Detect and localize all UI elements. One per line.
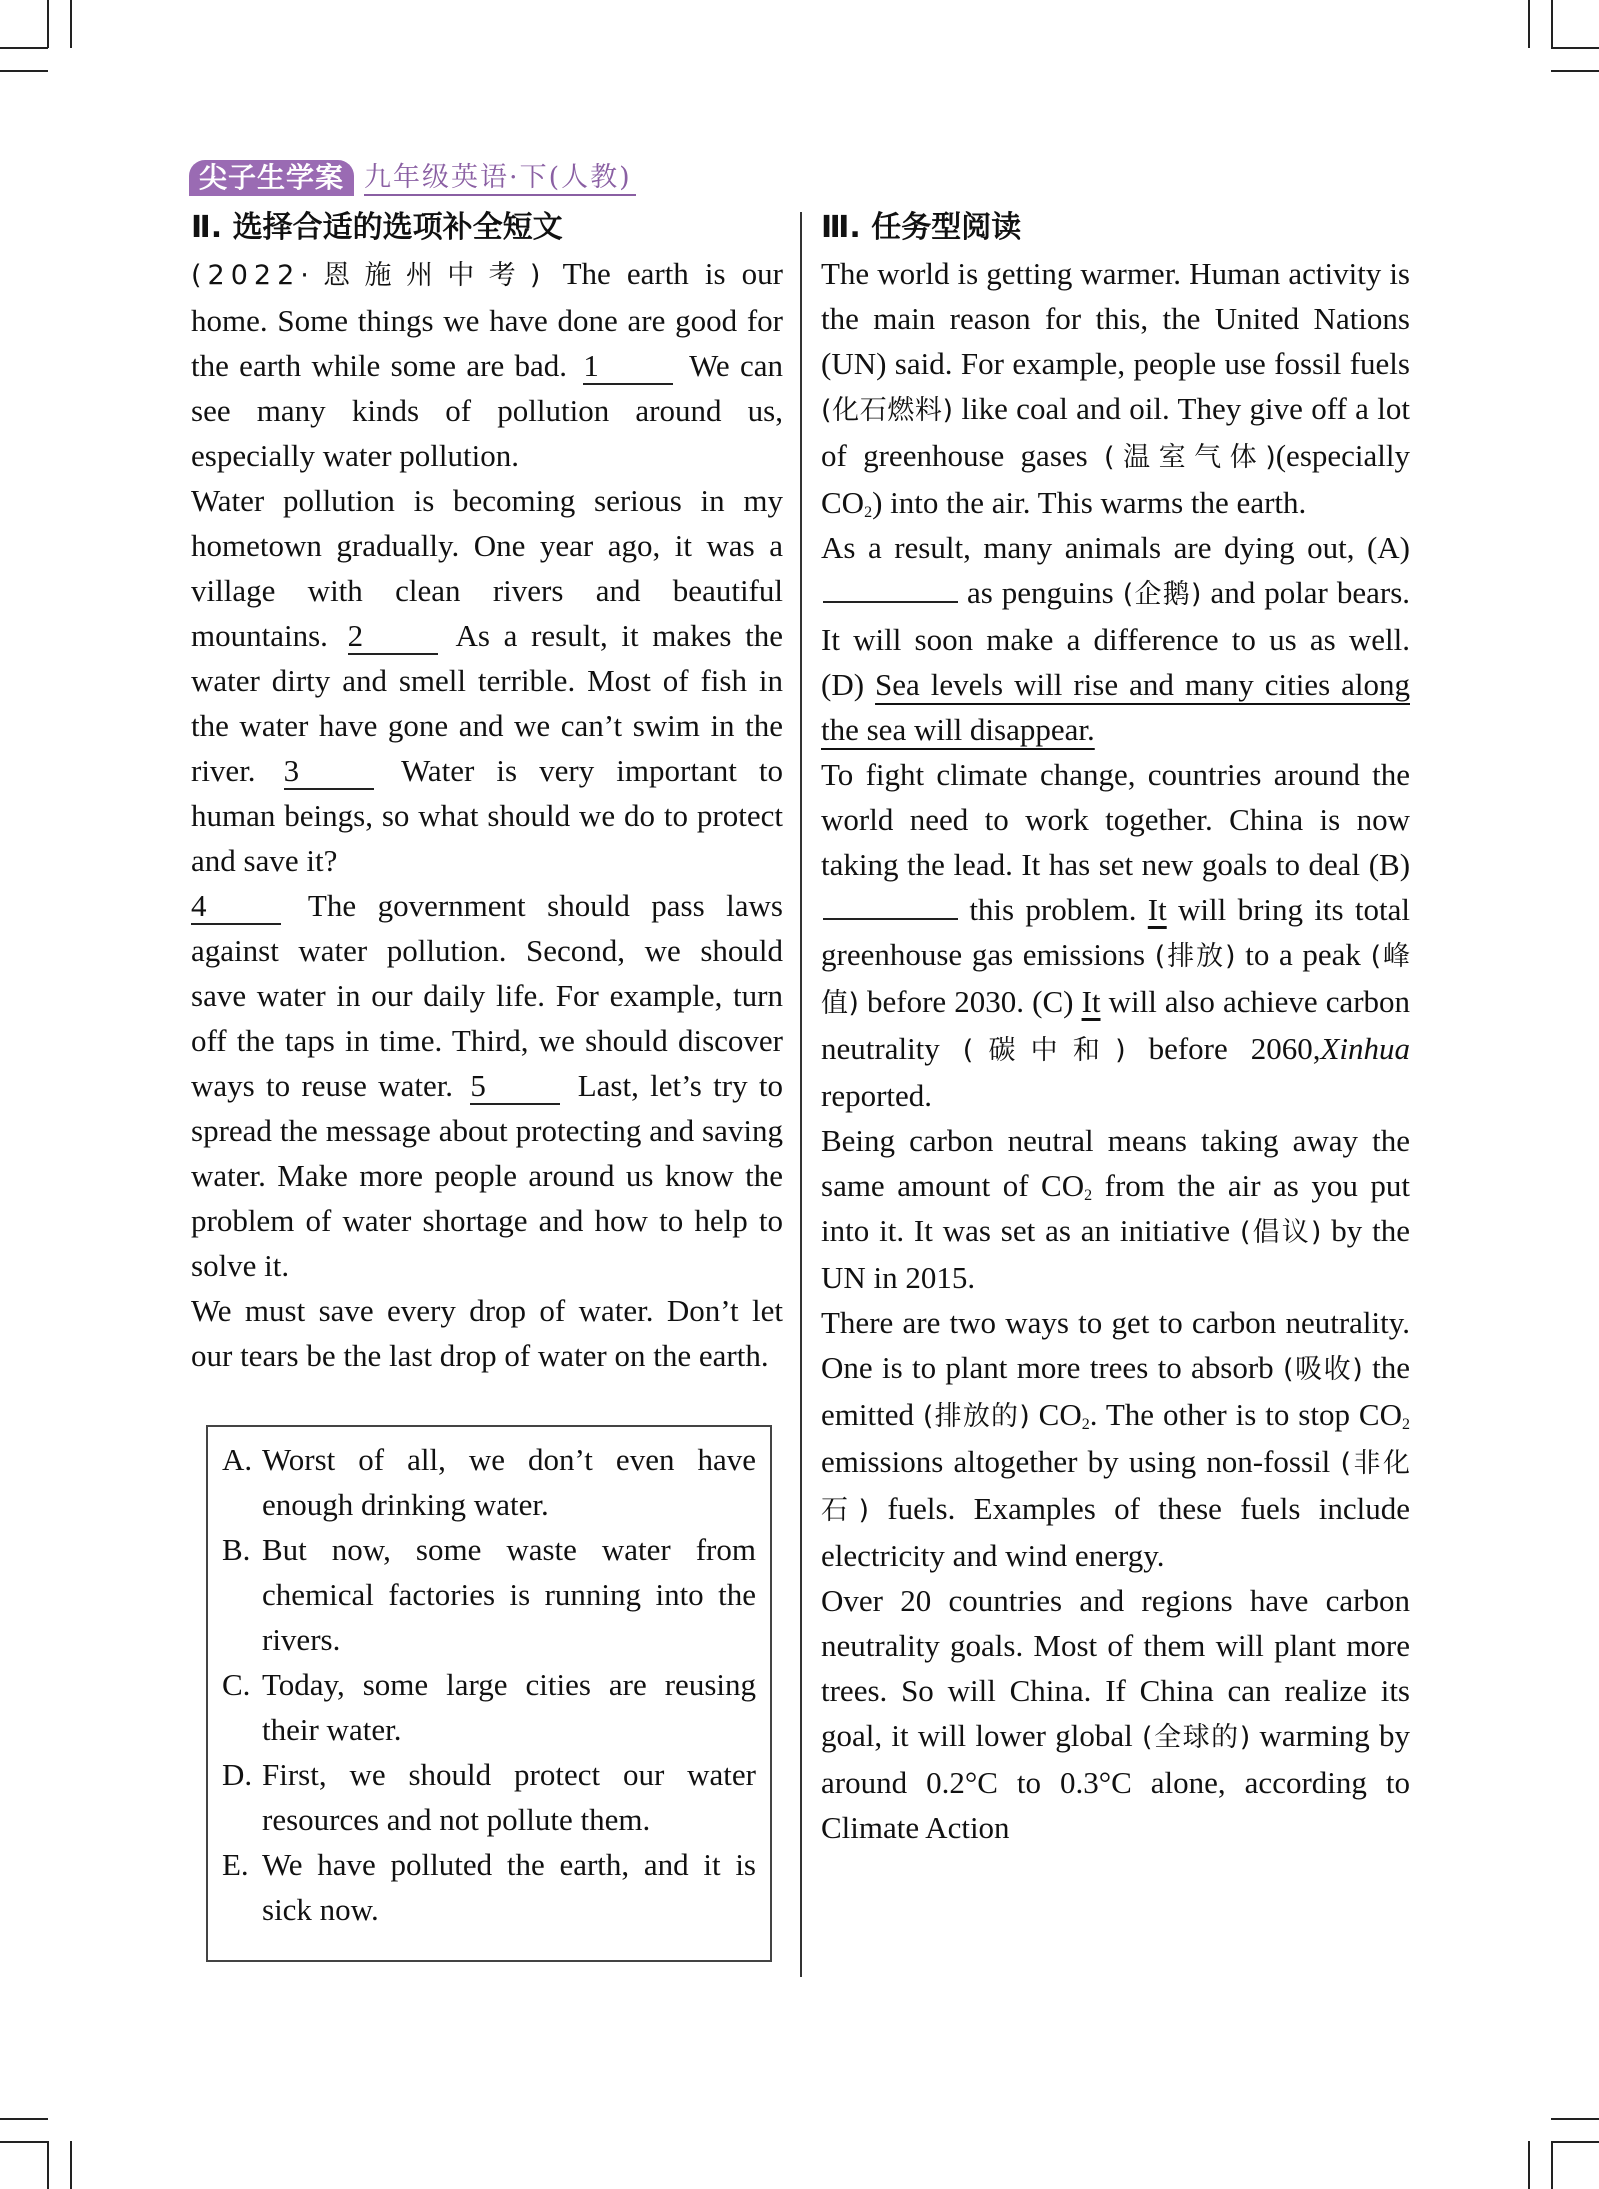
reading-paragraph-5: There are two ways to get to carbon neut… <box>821 1300 1410 1578</box>
question-d-label: (D) <box>821 667 864 702</box>
crop-mark-tr-h2 <box>1551 70 1599 72</box>
chinese-gloss: (吸收) <box>1283 1354 1363 1385</box>
option-a[interactable]: A. Worst of all, we don’t even have enou… <box>222 1437 756 1527</box>
right-column: Ⅲ. 任务型阅读 The world is getting warmer. Hu… <box>821 205 1410 1850</box>
crop-mark-bl-v1 <box>47 2141 49 2189</box>
option-letter: C. <box>222 1662 262 1752</box>
paragraph-text: before 2060, <box>1149 1031 1321 1066</box>
chinese-gloss: (倡议) <box>1240 1217 1321 1248</box>
option-b[interactable]: B. But now, some waste water from chemic… <box>222 1527 756 1662</box>
left-column: Ⅱ. 选择合适的选项补全短文 (2022·恩施州中考) The earth is… <box>191 205 783 1378</box>
passage-paragraph-1: (2022·恩施州中考) The earth is our home. Some… <box>191 251 783 478</box>
passage-paragraph-4: We must save every drop of water. Don’t … <box>191 1288 783 1378</box>
option-text: We have polluted the earth, and it is si… <box>262 1842 756 1932</box>
paragraph-text: Water is very important to human beings,… <box>191 753 783 878</box>
exam-source: (2022·恩施州中考) <box>191 260 546 291</box>
underlined-sentence-d: Sea levels will rise and many cities alo… <box>821 667 1410 747</box>
crop-mark-tl-h2 <box>0 70 48 72</box>
blank-2[interactable]: 2 <box>348 619 438 655</box>
paragraph-text: As a result, many animals are dying out, <box>821 530 1354 565</box>
crop-mark-br-h2 <box>1551 2141 1599 2143</box>
blank-a-label: (A) <box>1367 530 1410 565</box>
blank-3[interactable]: 3 <box>284 754 374 790</box>
blank-b[interactable] <box>823 888 958 920</box>
paragraph-text: fuels. Examples of these fuels include e… <box>821 1491 1410 1573</box>
reading-paragraph-2: As a result, many animals are dying out,… <box>821 525 1410 752</box>
paragraph-text: emissions altogether by using non-fossil <box>821 1444 1330 1479</box>
paragraph-text: ) into the air. This warms the earth. <box>872 485 1306 520</box>
section-title-ii: Ⅱ. 选择合适的选项补全短文 <box>191 205 783 251</box>
paragraph-text: as penguins <box>967 575 1114 610</box>
passage-paragraph-2: Water pollution is becoming serious in m… <box>191 478 783 883</box>
option-c[interactable]: C. Today, some large cities are reusing … <box>222 1662 756 1752</box>
subscript: 2 <box>864 504 872 521</box>
option-text: First, we should protect our water resou… <box>262 1752 756 1842</box>
chinese-gloss: (全球的) <box>1142 1722 1250 1753</box>
blank-b-label: (B) <box>1369 847 1410 882</box>
crop-mark-tr-v2 <box>1551 0 1553 48</box>
paragraph-text: this problem. <box>969 892 1136 927</box>
option-text: Worst of all, we don’t even have enough … <box>262 1437 756 1527</box>
paragraph-text: To fight climate change, countries aroun… <box>821 757 1410 882</box>
crop-mark-br-v2 <box>1551 2141 1553 2189</box>
paragraph-text: to a peak <box>1245 937 1361 972</box>
paragraph-text: The world is getting warmer. Human activ… <box>821 256 1410 381</box>
reading-paragraph-6: Over 20 countries and regions have carbo… <box>821 1578 1410 1850</box>
page-header: 尖子生学案 九年级英语·下(人教) <box>189 160 636 196</box>
paragraph-text: before 2030. <box>867 984 1024 1019</box>
underlined-it-2: It <box>1082 984 1101 1019</box>
paragraph-text: . The other is to stop CO <box>1090 1397 1402 1432</box>
question-c-label: (C) <box>1032 984 1073 1019</box>
blank-5[interactable]: 5 <box>470 1069 560 1105</box>
subscript: 2 <box>1082 1416 1090 1433</box>
reading-paragraph-3: To fight climate change, countries aroun… <box>821 752 1410 1118</box>
paragraph-text: reported. <box>821 1078 932 1113</box>
section-title-iii: Ⅲ. 任务型阅读 <box>821 205 1410 251</box>
option-text: Today, some large cities are reusing the… <box>262 1662 756 1752</box>
crop-mark-bl-h2 <box>0 2141 48 2143</box>
crop-mark-br-h1 <box>1551 2118 1599 2120</box>
option-letter: A. <box>222 1437 262 1527</box>
reading-paragraph-1: The world is getting warmer. Human activ… <box>821 251 1410 525</box>
crop-mark-bl-h1 <box>0 2118 48 2120</box>
blank-1[interactable]: 1 <box>583 349 673 385</box>
book-series-badge: 尖子生学案 <box>189 160 354 196</box>
chinese-gloss: (碳中和) <box>963 1035 1126 1066</box>
chinese-gloss: (排放) <box>1155 941 1236 972</box>
option-text: But now, some waste water from chemical … <box>262 1527 756 1662</box>
option-letter: B. <box>222 1527 262 1662</box>
crop-mark-tr-h1 <box>1551 47 1599 49</box>
underlined-it-1: It <box>1148 892 1167 927</box>
chinese-gloss: (排放的) <box>923 1401 1030 1432</box>
option-e[interactable]: E. We have polluted the earth, and it is… <box>222 1842 756 1932</box>
crop-mark-tl-v2 <box>70 0 72 48</box>
crop-mark-bl-v2 <box>70 2141 72 2189</box>
reading-paragraph-4: Being carbon neutral means taking away t… <box>821 1118 1410 1300</box>
chinese-gloss: (化石燃料) <box>821 395 953 426</box>
crop-mark-tl-v1 <box>47 0 49 48</box>
paragraph-text: CO <box>1039 1397 1082 1432</box>
options-box: A. Worst of all, we don’t even have enou… <box>206 1425 772 1962</box>
subscript: 2 <box>1402 1416 1410 1433</box>
chinese-gloss: (温室气体) <box>1104 442 1276 473</box>
option-letter: E. <box>222 1842 262 1932</box>
blank-4[interactable]: 4 <box>191 889 281 925</box>
passage-paragraph-3: 4 The government should pass laws agains… <box>191 883 783 1288</box>
column-divider <box>800 212 802 1977</box>
chinese-gloss: (企鹅) <box>1123 579 1202 610</box>
option-letter: D. <box>222 1752 262 1842</box>
crop-mark-tl-h1 <box>0 47 48 49</box>
source-name: Xinhua <box>1320 1031 1410 1066</box>
blank-a[interactable] <box>823 571 958 603</box>
crop-mark-br-v1 <box>1528 2141 1530 2189</box>
subscript: 2 <box>1084 1187 1092 1204</box>
option-d[interactable]: D. First, we should protect our water re… <box>222 1752 756 1842</box>
book-subtitle: 九年级英语·下(人教) <box>364 162 636 196</box>
crop-mark-tr-v1 <box>1528 0 1530 48</box>
